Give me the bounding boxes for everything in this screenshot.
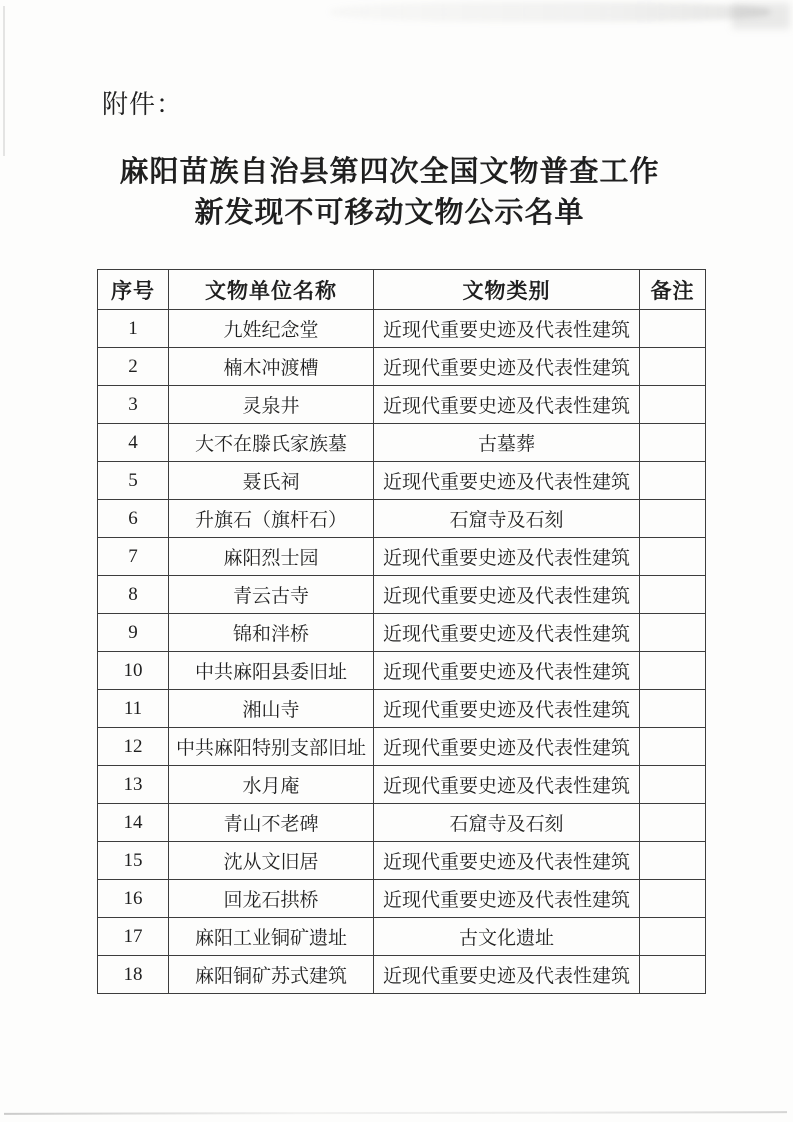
table-row: 6升旗石（旗杆石）石窟寺及石刻 [98, 500, 706, 538]
cell-remark [640, 386, 706, 424]
cell-no: 14 [98, 804, 169, 842]
cell-no: 4 [98, 424, 169, 462]
cell-name: 麻阳工业铜矿遗址 [169, 918, 374, 956]
document-page: 附件： 麻阳苗族自治县第四次全国文物普查工作 新发现不可移动文物公示名单 序号 … [0, 0, 793, 1122]
cell-category: 近现代重要史迹及代表性建筑 [374, 576, 640, 614]
cell-category: 近现代重要史迹及代表性建筑 [374, 310, 640, 348]
cell-category: 近现代重要史迹及代表性建筑 [374, 614, 640, 652]
table-body: 1九姓纪念堂近现代重要史迹及代表性建筑2楠木冲渡槽近现代重要史迹及代表性建筑3灵… [98, 310, 706, 994]
cell-no: 11 [98, 690, 169, 728]
cell-category: 近现代重要史迹及代表性建筑 [374, 538, 640, 576]
cell-name: 中共麻阳县委旧址 [169, 652, 374, 690]
cell-no: 9 [98, 614, 169, 652]
cell-remark [640, 766, 706, 804]
cell-category: 近现代重要史迹及代表性建筑 [374, 462, 640, 500]
table-row: 3灵泉井近现代重要史迹及代表性建筑 [98, 386, 706, 424]
cell-name: 回龙石拱桥 [169, 880, 374, 918]
cell-category: 石窟寺及石刻 [374, 804, 640, 842]
scan-edge-left [3, 6, 5, 156]
cell-name: 聂氏祠 [169, 462, 374, 500]
table-row: 7麻阳烈士园近现代重要史迹及代表性建筑 [98, 538, 706, 576]
cell-category: 近现代重要史迹及代表性建筑 [374, 652, 640, 690]
cell-no: 6 [98, 500, 169, 538]
cell-name: 楠木冲渡槽 [169, 348, 374, 386]
header-cell-no: 序号 [98, 270, 169, 310]
table-row: 11湘山寺近现代重要史迹及代表性建筑 [98, 690, 706, 728]
cell-category: 近现代重要史迹及代表性建筑 [374, 728, 640, 766]
cell-no: 7 [98, 538, 169, 576]
document-title: 麻阳苗族自治县第四次全国文物普查工作 新发现不可移动文物公示名单 [0, 152, 779, 234]
cell-remark [640, 880, 706, 918]
cell-no: 12 [98, 728, 169, 766]
cell-category: 古墓葬 [374, 424, 640, 462]
cell-category: 近现代重要史迹及代表性建筑 [374, 842, 640, 880]
cell-no: 18 [98, 956, 169, 994]
cell-name: 升旗石（旗杆石） [169, 500, 374, 538]
document-title-line-1: 麻阳苗族自治县第四次全国文物普查工作 [0, 152, 779, 193]
cell-no: 17 [98, 918, 169, 956]
cell-remark [640, 538, 706, 576]
cell-name: 锦和泮桥 [169, 614, 374, 652]
table-row: 9锦和泮桥近现代重要史迹及代表性建筑 [98, 614, 706, 652]
table-row: 8青云古寺近现代重要史迹及代表性建筑 [98, 576, 706, 614]
cell-no: 8 [98, 576, 169, 614]
cell-no: 5 [98, 462, 169, 500]
cell-remark [640, 310, 706, 348]
cell-name: 中共麻阳特别支部旧址 [169, 728, 374, 766]
cell-name: 灵泉井 [169, 386, 374, 424]
cell-no: 1 [98, 310, 169, 348]
cell-category: 近现代重要史迹及代表性建筑 [374, 956, 640, 994]
header-cell-category: 文物类别 [374, 270, 640, 310]
scan-smudge-top [330, 2, 770, 22]
table-row: 5聂氏祠近现代重要史迹及代表性建筑 [98, 462, 706, 500]
cell-category: 近现代重要史迹及代表性建筑 [374, 766, 640, 804]
cell-name: 九姓纪念堂 [169, 310, 374, 348]
table-row: 15沈从文旧居近现代重要史迹及代表性建筑 [98, 842, 706, 880]
cell-remark [640, 804, 706, 842]
cell-remark [640, 500, 706, 538]
table-row: 16回龙石拱桥近现代重要史迹及代表性建筑 [98, 880, 706, 918]
table-row: 14青山不老碑石窟寺及石刻 [98, 804, 706, 842]
scan-smudge-top-right [732, 3, 790, 29]
cell-remark [640, 462, 706, 500]
cell-no: 16 [98, 880, 169, 918]
cell-category: 近现代重要史迹及代表性建筑 [374, 386, 640, 424]
cell-name: 沈从文旧居 [169, 842, 374, 880]
table-row: 18麻阳铜矿苏式建筑近现代重要史迹及代表性建筑 [98, 956, 706, 994]
cell-remark [640, 424, 706, 462]
cell-no: 15 [98, 842, 169, 880]
cell-no: 10 [98, 652, 169, 690]
cell-remark [640, 614, 706, 652]
cell-remark [640, 576, 706, 614]
cell-no: 2 [98, 348, 169, 386]
cell-name: 大不在滕氏家族墓 [169, 424, 374, 462]
cell-name: 青山不老碑 [169, 804, 374, 842]
header-cell-remark: 备注 [640, 270, 706, 310]
cell-remark [640, 348, 706, 386]
cell-category: 石窟寺及石刻 [374, 500, 640, 538]
scan-shadow-bottom [4, 1111, 787, 1115]
cell-name: 湘山寺 [169, 690, 374, 728]
cell-name: 麻阳烈士园 [169, 538, 374, 576]
cell-name: 青云古寺 [169, 576, 374, 614]
cell-name: 水月庵 [169, 766, 374, 804]
header-cell-name: 文物单位名称 [169, 270, 374, 310]
attachment-label: 附件： [102, 84, 183, 121]
cell-no: 13 [98, 766, 169, 804]
cell-remark [640, 652, 706, 690]
cell-category: 古文化遗址 [374, 918, 640, 956]
document-title-line-2: 新发现不可移动文物公示名单 [0, 193, 779, 234]
table-row: 13水月庵近现代重要史迹及代表性建筑 [98, 766, 706, 804]
cell-category: 近现代重要史迹及代表性建筑 [374, 348, 640, 386]
cell-remark [640, 690, 706, 728]
table-row: 17麻阳工业铜矿遗址古文化遗址 [98, 918, 706, 956]
cell-name: 麻阳铜矿苏式建筑 [169, 956, 374, 994]
table-row: 1九姓纪念堂近现代重要史迹及代表性建筑 [98, 310, 706, 348]
table-header-row: 序号 文物单位名称 文物类别 备注 [98, 270, 706, 310]
cell-remark [640, 728, 706, 766]
table-row: 12中共麻阳特别支部旧址近现代重要史迹及代表性建筑 [98, 728, 706, 766]
cell-category: 近现代重要史迹及代表性建筑 [374, 880, 640, 918]
cell-remark [640, 842, 706, 880]
cell-no: 3 [98, 386, 169, 424]
table-row: 10中共麻阳县委旧址近现代重要史迹及代表性建筑 [98, 652, 706, 690]
cell-remark [640, 918, 706, 956]
cell-remark [640, 956, 706, 994]
relics-table: 序号 文物单位名称 文物类别 备注 1九姓纪念堂近现代重要史迹及代表性建筑2楠木… [97, 269, 706, 994]
table-row: 2楠木冲渡槽近现代重要史迹及代表性建筑 [98, 348, 706, 386]
table-row: 4大不在滕氏家族墓古墓葬 [98, 424, 706, 462]
cell-category: 近现代重要史迹及代表性建筑 [374, 690, 640, 728]
